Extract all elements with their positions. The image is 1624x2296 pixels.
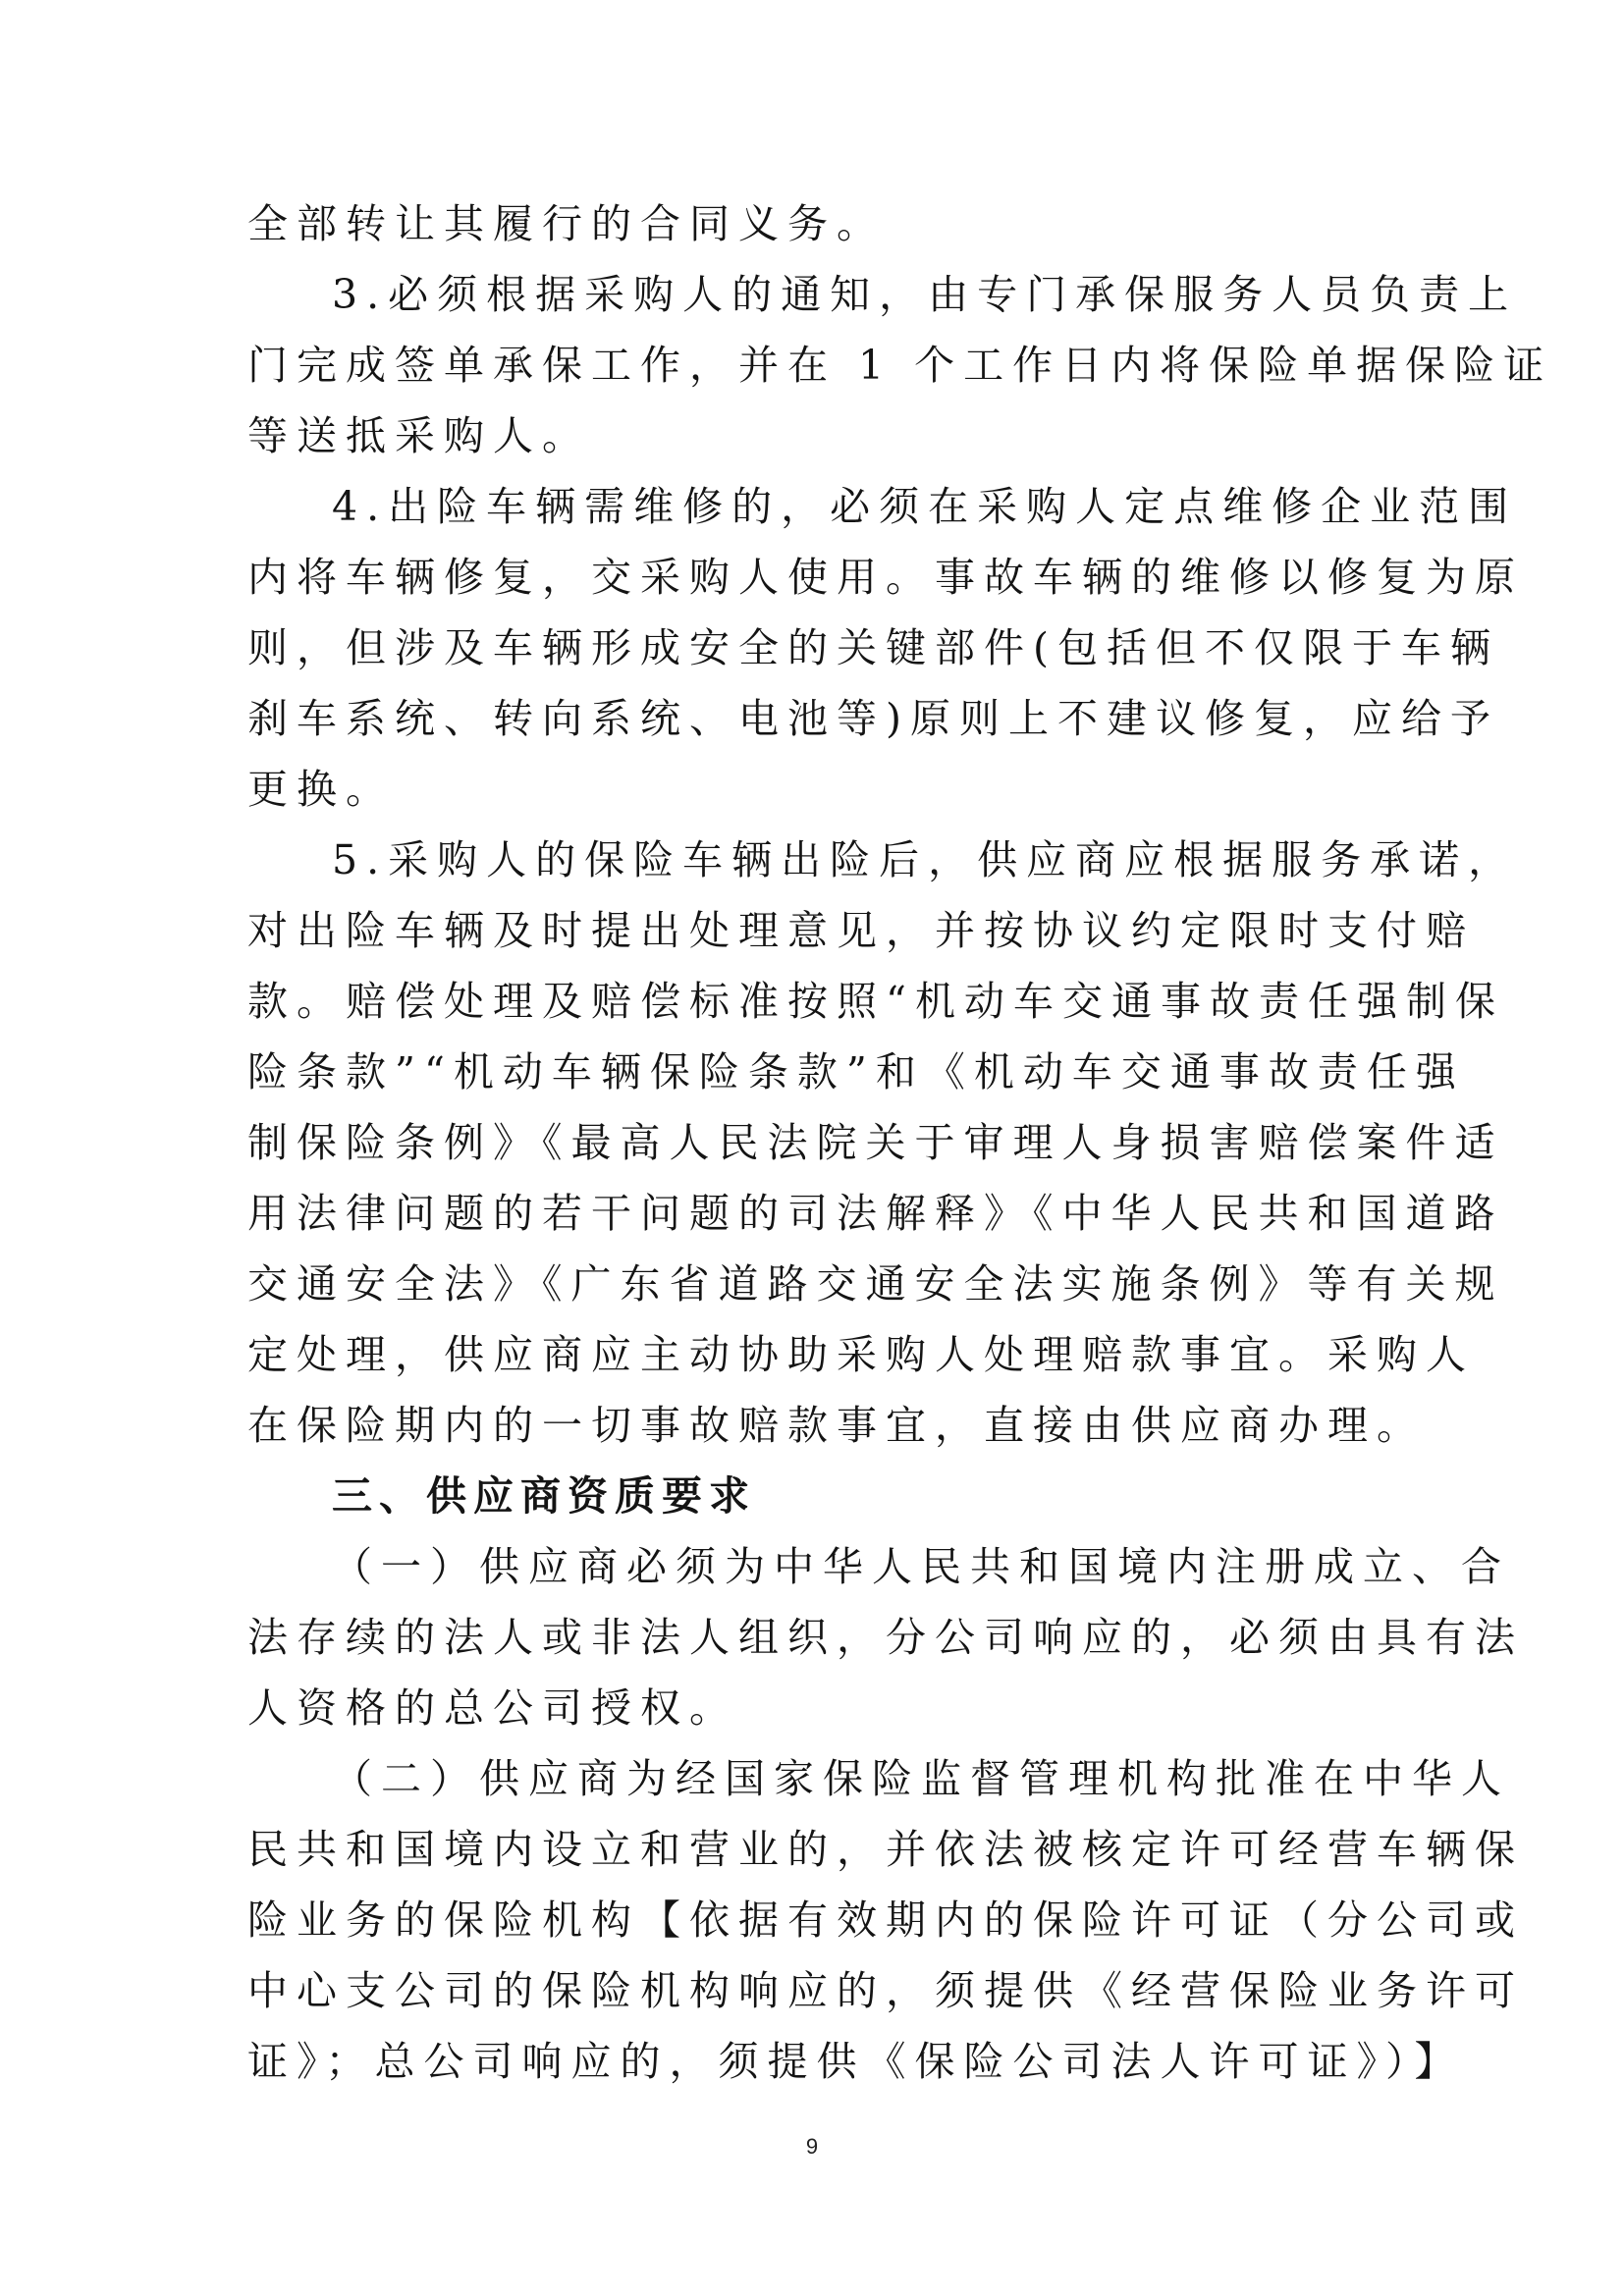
- paragraph-line-continuation: 内将车辆修复，交采购人使用。事故车辆的维修以修复为原: [247, 542, 1377, 613]
- paragraph-item-3: 3.必须根据采购人的通知，由专门承保服务人员负责上: [247, 259, 1377, 330]
- paragraph-requirement-1: （一）供应商必须为中华人民共和国境内注册成立、合: [247, 1531, 1377, 1602]
- paragraph-line-continuation: 等送抵采购人。: [247, 400, 1377, 471]
- paragraph-line-continuation: 险条款”“机动车辆保险条款”和《机动车交通事故责任强: [247, 1037, 1377, 1107]
- paragraph-line-continuation: 法存续的法人或非法人组织，分公司响应的，必须由具有法: [247, 1602, 1377, 1673]
- paragraph-line-continuation: 中心支公司的保险机构响应的，须提供《经营保险业务许可: [247, 1955, 1377, 2026]
- paragraph-line-continuation: 款。赔偿处理及赔偿标准按照“机动车交通事故责任强制保: [247, 966, 1377, 1037]
- page-number: 9: [0, 2134, 1624, 2160]
- document-page: 全部转让其履行的合同义务。 3.必须根据采购人的通知，由专门承保服务人员负责上 …: [0, 0, 1624, 2296]
- paragraph-line-continuation: 更换。: [247, 754, 1377, 825]
- body-text: 全部转让其履行的合同义务。 3.必须根据采购人的通知，由专门承保服务人员负责上 …: [247, 188, 1377, 2097]
- paragraph-requirement-2: （二）供应商为经国家保险监督管理机构批准在中华人: [247, 1743, 1377, 1814]
- paragraph-line-continuation: 用法律问题的若干问题的司法解释》《中华人民共和国道路: [247, 1178, 1377, 1249]
- paragraph-line-continuation: 门完成签单承保工作，并在 1 个工作日内将保险单据保险证: [247, 330, 1377, 400]
- paragraph-line-continuation: 对出险车辆及时提出处理意见，并按协议约定限时支付赔: [247, 895, 1377, 966]
- paragraph-line-continuation: 民共和国境内设立和营业的，并依法被核定许可经营车辆保: [247, 1814, 1377, 1885]
- paragraph-item-5: 5.采购人的保险车辆出险后，供应商应根据服务承诺，: [247, 825, 1377, 895]
- paragraph-line-continuation: 险业务的保险机构【依据有效期内的保险许可证（分公司或: [247, 1885, 1377, 1955]
- paragraph-line-continuation: 交通安全法》《广东省道路交通安全法实施条例》等有关规: [247, 1249, 1377, 1319]
- paragraph-line-continuation: 人资格的总公司授权。: [247, 1673, 1377, 1743]
- paragraph-line-continuation: 全部转让其履行的合同义务。: [247, 188, 1377, 259]
- paragraph-item-4: 4.出险车辆需维修的，必须在采购人定点维修企业范围: [247, 471, 1377, 542]
- paragraph-line-continuation: 则，但涉及车辆形成安全的关键部件(包括但不仅限于车辆: [247, 613, 1377, 683]
- paragraph-line-continuation: 在保险期内的一切事故赔款事宜，直接由供应商办理。: [247, 1390, 1377, 1461]
- paragraph-line-continuation: 刹车系统、转向系统、电池等)原则上不建议修复，应给予: [247, 683, 1377, 754]
- paragraph-line-continuation: 制保险条例》《最高人民法院关于审理人身损害赔偿案件适: [247, 1107, 1377, 1178]
- section-heading-supplier-qualifications: 三、供应商资质要求: [247, 1461, 1377, 1531]
- paragraph-line-continuation: 定处理，供应商应主动协助采购人处理赔款事宜。采购人: [247, 1319, 1377, 1390]
- paragraph-line-continuation: 证》；总公司响应的，须提供《保险公司法人许可证》）】: [247, 2026, 1377, 2097]
